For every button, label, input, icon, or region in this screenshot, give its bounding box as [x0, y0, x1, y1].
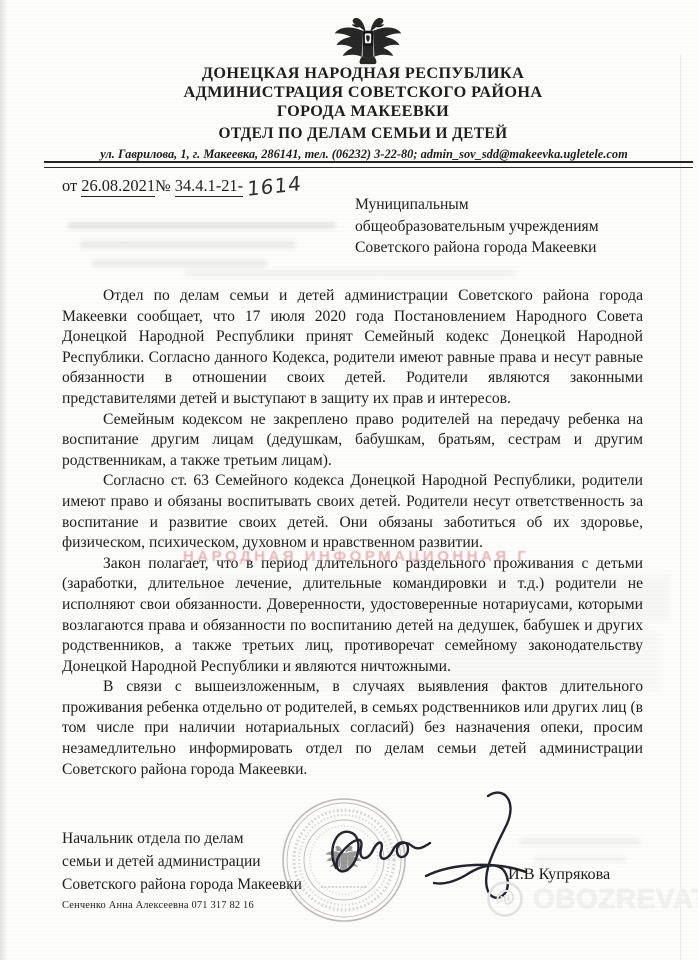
signer-title-line1: Начальник отдела по делам [62, 827, 302, 850]
signer-title-line3: Советского района города Макеевки [62, 873, 302, 896]
org-name-line1: ДОНЕЦКАЯ НАРОДНАЯ РЕСПУБЛИКА [36, 64, 690, 83]
paragraph-1: Отдел по делам семьи и детей администрац… [62, 286, 643, 410]
bleedthrough-artifact [92, 260, 267, 267]
signer-title-block: Начальник отдела по делам семьи и детей … [62, 827, 302, 896]
paragraph-3: Согласно ст. 63 Семейного кодекса Донецк… [62, 471, 643, 553]
letter-body: Отдел по делам семьи и детей администрац… [62, 286, 643, 780]
scanned-letter-page: ДОНЕЦКАЯ НАРОДНАЯ РЕСПУБЛИКА АДМИНИСТРАЦ… [0, 0, 698, 960]
scan-edge-shadow [0, 0, 8, 960]
recipient-block: Муниципальным общеобразовательным учрежд… [355, 194, 599, 259]
org-name-line2: АДМИНИСТРАЦИЯ СОВЕТСКОГО РАЙОНА [36, 83, 690, 102]
recipient-line3: Советского района города Макеевки [355, 237, 599, 259]
signer-title-line2: семьи и детей администрации [62, 850, 302, 873]
dnr-coat-of-arms-double-headed-eagle [329, 9, 407, 65]
paragraph-5: В связи с вышеизложенным, в случаях выяв… [62, 677, 643, 780]
ref-code: 34.4.1-21- [175, 176, 243, 197]
letterhead: ДОНЕЦКАЯ НАРОДНАЯ РЕСПУБЛИКА АДМИНИСТРАЦ… [36, 64, 690, 144]
scan-fold-line [680, 55, 681, 960]
bleedthrough-artifact [520, 838, 640, 845]
ref-prefix: от [62, 176, 81, 195]
bleedthrough-artifact [535, 856, 625, 862]
ref-no-sign: № [155, 176, 175, 195]
bleedthrough-artifact [68, 222, 336, 229]
red-press-watermark: НАРОДНАЯ ИНФОРМАЦИОННАЯ Г [183, 548, 693, 565]
contact-person-line: Сенченко Анна Алексеевна 071 317 82 16 [62, 900, 254, 911]
org-address-line: ул. Гаврилова, 1, г. Макеевка, 286141, т… [36, 147, 692, 162]
obozrevatel-watermark: OBOZREVATEL [486, 880, 698, 918]
org-name-line3: ГОРОДА МАКЕЕВКИ [36, 102, 690, 121]
recipient-line1: Муниципальным [355, 194, 599, 216]
recipient-line2: общеобразовательным учреждениям [355, 216, 599, 238]
paragraph-4: Закон полагает, что в период длительного… [62, 554, 643, 678]
bleedthrough-artifact [80, 241, 295, 248]
paragraph-2: Семейным кодексом не закреплено право ро… [62, 410, 643, 472]
reference-line: от 26.08.2021№ 34.4.1-21-1614 [62, 174, 302, 198]
bleedthrough-artifact [185, 270, 515, 276]
obozrevatel-hand-in-circle-logo-icon [486, 880, 524, 918]
letterhead-double-rule [44, 161, 693, 168]
department-name: ОТДЕЛ ПО ДЕЛАМ СЕМЬИ И ДЕТЕЙ [36, 125, 690, 144]
ref-date: 26.08.2021 [81, 176, 155, 197]
ref-handwritten-number: 1614 [247, 171, 302, 201]
obozrevatel-watermark-text: OBOZREVATEL [533, 883, 698, 915]
